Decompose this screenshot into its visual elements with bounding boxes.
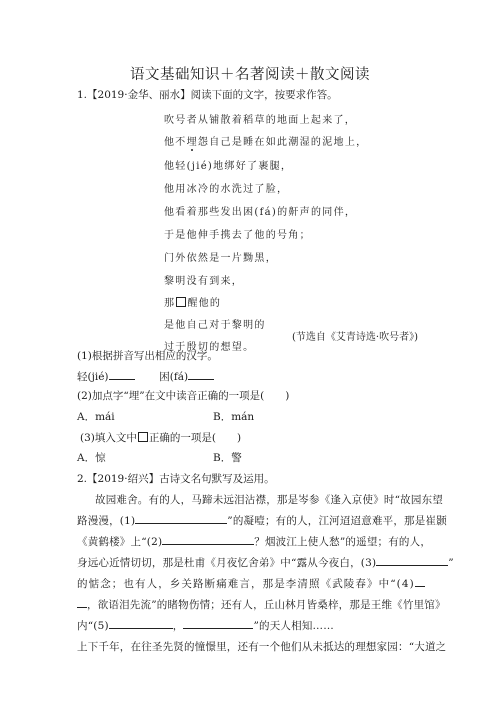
blank-label: 困(fá) bbox=[159, 371, 188, 383]
question-1-header: 1.【2019·金华、丽水】阅读下面的文字，按要求作答。 bbox=[77, 87, 338, 102]
dotted-char: 埋 bbox=[187, 137, 198, 148]
passage-line: 内“(5)，”的天人相知…… bbox=[77, 618, 334, 633]
prompt-text: (3)填入文中 bbox=[80, 432, 137, 444]
sub-question-3: (3)填入文中正确的一项是( ) bbox=[80, 430, 241, 445]
passage-text: ，欲语泪先流”的睹物伤情；还有人，丘山林月皆桑梓，那是王维《竹里馆》 bbox=[87, 599, 446, 611]
poem-text: 那 bbox=[164, 298, 175, 309]
question-2-header: 2.【2019·绍兴】古诗文名句默写及运用。 bbox=[77, 471, 275, 486]
passage-text: ”的天人相知…… bbox=[253, 620, 333, 632]
poem-line: 他轻(jié)地绑好了裹腿， bbox=[164, 157, 292, 172]
passage-line: ，欲语泪先流”的睹物伤情；还有人，丘山林月皆桑梓，那是王维《竹里馆》 bbox=[77, 597, 446, 612]
passage-text: 内“(5) bbox=[77, 620, 109, 632]
poem-text: 他不 bbox=[164, 137, 187, 148]
page-title: 语文基础知识＋名著阅读＋散文阅读 bbox=[0, 63, 500, 84]
passage-line: 故园难舍。有的人，马蹄未远泪沾襟，那是岑参《逢入京使》时“故园东望 bbox=[95, 492, 443, 507]
passage-text: 路漫漫，(1) bbox=[77, 515, 135, 527]
answer-blank-5b[interactable] bbox=[183, 618, 253, 629]
passage-line: 身远心近情切切，那是杜甫《月夜忆舍弟》中“露从今夜白，(3)” bbox=[77, 555, 454, 570]
passage-text: ， bbox=[173, 620, 184, 632]
poem-line: 他不埋怨自己是睡在如此潮湿的泥地上， bbox=[164, 133, 367, 148]
dotted-char: 埋 bbox=[129, 390, 140, 402]
answer-blank-5a[interactable] bbox=[109, 618, 173, 629]
option-b[interactable]: B．警 bbox=[213, 450, 242, 465]
poem-line: 那醒他的 bbox=[164, 294, 221, 309]
answer-blank-3[interactable] bbox=[376, 555, 448, 566]
sub-question-1: (1)根据拼音写出相应的汉字。 bbox=[77, 348, 218, 363]
answer-blank[interactable] bbox=[188, 369, 214, 380]
blank-box-icon bbox=[176, 297, 186, 307]
passage-text: 《黄鹤楼》上“(2) bbox=[77, 536, 162, 548]
passage-line: 《黄鹤楼》上“(2)？烟波江上使人愁”的遥望；有的人， bbox=[77, 534, 431, 549]
poem-text: 醒他的 bbox=[187, 298, 221, 309]
poem-line: 门外依然是一片黝黑， bbox=[164, 249, 277, 264]
poem-line: 他用冰冷的水洗过了脸， bbox=[164, 180, 288, 195]
poem-source: (节选自《艾青诗选·吹号者》) bbox=[292, 328, 418, 343]
answer-blank-4[interactable] bbox=[415, 576, 425, 587]
poem-line: 他看着那些发出困(fá)的鼾声的同伴， bbox=[164, 203, 356, 218]
passage-text: 身远心近情切切，那是杜甫《月夜忆舍弟》中“露从今夜白，(3) bbox=[77, 557, 376, 569]
sub-question-2: (2)加点字“埋”在文中读音正确的一项是( ) bbox=[77, 388, 289, 403]
prompt-text: (2)加点字“ bbox=[77, 390, 129, 402]
poem-line: 吹号者从铺散着稻草的地面上起来了， bbox=[164, 111, 356, 126]
passage-text: ？烟波江上使人愁”的遥望；有的人， bbox=[254, 536, 431, 548]
passage-text: ” bbox=[448, 557, 454, 569]
answer-blank-2[interactable] bbox=[162, 534, 254, 545]
passage-line: 路漫漫，(1)”的凝噎；有的人，江河迢迢意难平，那是崔颢 bbox=[77, 513, 447, 528]
passage-text: 的惦念；也有人，乡关路断痛难言，那是李清照《武陵春》中“(4) bbox=[77, 578, 415, 590]
poem-line: 是他自己对于黎明的 bbox=[164, 316, 266, 331]
answer-blank[interactable] bbox=[109, 369, 135, 380]
option-a[interactable]: A．惊 bbox=[77, 450, 106, 465]
passage-text: ”的凝噎；有的人，江河迢迢意难平，那是崔颢 bbox=[227, 515, 447, 527]
blank-label: 轻(jié) bbox=[77, 371, 109, 383]
poem-line: 黎明没有到来， bbox=[164, 272, 243, 287]
answer-blank-1[interactable] bbox=[135, 513, 227, 524]
poem-text: 怨自己是睡在如此潮湿的泥地上， bbox=[198, 137, 368, 148]
answer-blank-4-cont[interactable] bbox=[77, 597, 87, 608]
option-b[interactable]: B．mán bbox=[213, 409, 254, 424]
passage-line: 的惦念；也有人，乡关路断痛难言，那是李清照《武陵春》中“(4) bbox=[77, 576, 425, 591]
sub-question-1-blanks: 轻(jié) 困(fá) bbox=[77, 369, 214, 384]
prompt-text: 正确的一项是( ) bbox=[149, 432, 241, 444]
prompt-text: ”在文中读音正确的一项是( ) bbox=[139, 390, 289, 402]
option-a[interactable]: A．mái bbox=[77, 409, 115, 424]
poem-line: 于是他伸手携去了他的号角； bbox=[164, 226, 311, 241]
passage-line: 上下千年，在往圣先贤的憧憬里，还有一个他们从未抵达的理想家园：“大道之 bbox=[77, 639, 446, 654]
blank-box-icon bbox=[138, 432, 148, 442]
